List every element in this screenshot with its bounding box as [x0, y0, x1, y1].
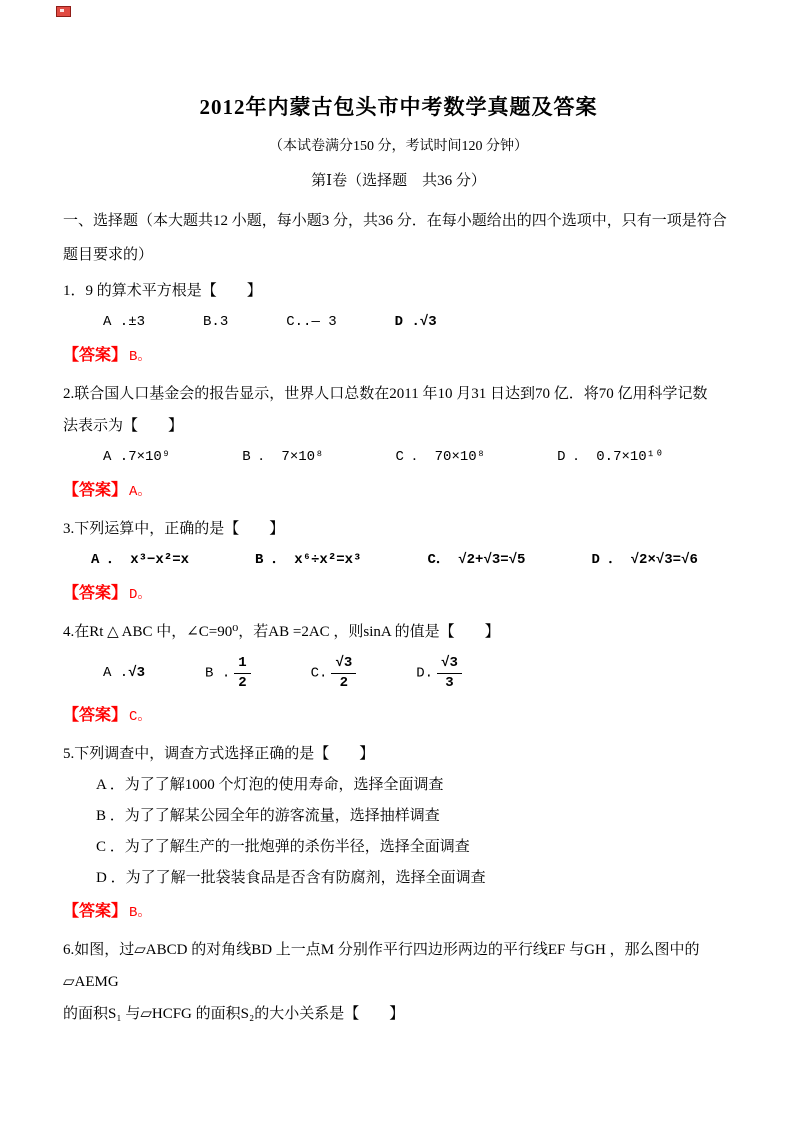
answer-label: 【答案】 — [63, 347, 127, 364]
option-b: B.3 — [203, 307, 228, 338]
page-title: 2012年内蒙古包头市中考数学真题及答案 — [63, 94, 734, 120]
question-4-stem: 4.在Rt △ ABC 中，∠C=90⁰，若AB =2AC ，则sinA 的值是… — [63, 616, 734, 648]
answer-row-3: 【答案】D。 — [63, 578, 734, 611]
option-d: D .√3 — [395, 307, 437, 338]
question-5-option-b: B ．为了了解某公园全年的游客流量，选择抽样调查 — [63, 801, 734, 832]
fraction-denominator: 2 — [331, 674, 356, 691]
question-1: 1．9 的算术平方根是【 】 A .±3 B.3 C..— 3 D .√3 【答… — [63, 275, 734, 373]
option-a: A ． x³−x²=x — [91, 545, 189, 576]
option-b: B ． x⁶÷x²=x³ — [255, 545, 361, 576]
image-placeholder-icon — [56, 6, 71, 17]
option-b-label: B . — [205, 666, 230, 682]
question-2-stem-line1: 2.联合国人口基金会的报告显示，世界人口总数在2011 年10 月31 日达到7… — [63, 378, 734, 410]
answer-value: A。 — [129, 484, 151, 500]
option-c: C.√32 — [311, 655, 357, 690]
option-b-fraction: 12 — [234, 655, 250, 690]
option-c: C． √2+√3=√5 — [427, 545, 525, 576]
answer-value: B。 — [129, 905, 151, 921]
question-4: 4.在Rt △ ABC 中，∠C=90⁰，若AB =2AC ，则sinA 的值是… — [63, 616, 734, 733]
section-intro-line1: 一、选择题（本大题共12 小题，每小题3 分，共36 分．在每小题给出的四个选项… — [63, 204, 734, 238]
option-a: A .±3 — [103, 307, 145, 338]
question-3-options: A ． x³−x²=x B ． x⁶÷x²=x³ C． √2+√3=√5 D ．… — [63, 545, 734, 576]
option-d: D ． 0.7×10¹⁰ — [557, 442, 663, 473]
question-2: 2.联合国人口基金会的报告显示，世界人口总数在2011 年10 月31 日达到7… — [63, 378, 734, 508]
option-c-label: C. — [311, 666, 328, 682]
question-5-option-c: C ．为了了解生产的一批炮弹的杀伤半径，选择全面调查 — [63, 832, 734, 863]
answer-row-1: 【答案】B。 — [63, 340, 734, 373]
option-a: A .7×10⁹ — [103, 442, 170, 473]
answer-value: C。 — [129, 709, 151, 725]
option-d-label: D. — [416, 666, 433, 682]
exam-info-subtitle: （本试卷满分150 分，考试时间120 分钟） — [63, 137, 734, 156]
option-a-label: A . — [103, 665, 128, 681]
question-3-stem: 3.下列运算中，正确的是【 】 — [63, 513, 734, 545]
question-1-options: A .±3 B.3 C..— 3 D .√3 — [63, 307, 734, 338]
question-5-option-a: A ．为了了解1000 个灯泡的使用寿命，选择全面调查 — [63, 770, 734, 801]
option-d: D.√33 — [416, 655, 462, 690]
question-3: 3.下列运算中，正确的是【 】 A ． x³−x²=x B ． x⁶÷x²=x³… — [63, 513, 734, 611]
document-content: 2012年内蒙古包头市中考数学真题及答案 （本试卷满分150 分，考试时间120… — [0, 0, 794, 1030]
option-c: C ． 70×10⁸ — [395, 442, 485, 473]
fraction-numerator: √3 — [437, 655, 462, 673]
exam-document-page: 2012年内蒙古包头市中考数学真题及答案 （本试卷满分150 分，考试时间120… — [0, 0, 794, 1123]
answer-label: 【答案】 — [63, 707, 127, 724]
option-a: A .√3 — [103, 658, 145, 689]
fraction-denominator: 3 — [437, 674, 462, 691]
question-5-option-d: D ．为了了解一批袋装食品是否含有防腐剂，选择全面调查 — [63, 863, 734, 894]
option-b: B ． 7×10⁸ — [242, 442, 323, 473]
fraction-numerator: 1 — [234, 655, 250, 673]
option-d-fraction: √33 — [437, 655, 462, 690]
option-a-value: √3 — [128, 665, 145, 681]
answer-value: D。 — [129, 587, 151, 603]
option-c: C..— 3 — [286, 307, 336, 338]
answer-row-4: 【答案】C。 — [63, 700, 734, 733]
question-4-options: A .√3 B .12 C.√32 D.√33 — [63, 648, 734, 698]
question-6-stem-line2: 的面积S₁ 与▱HCFG 的面积S₂的大小关系是【 】 — [63, 998, 734, 1030]
option-c-fraction: √32 — [331, 655, 356, 690]
answer-value: B。 — [129, 349, 151, 365]
section-intro-line2: 题目要求的） — [63, 238, 734, 272]
answer-label: 【答案】 — [63, 903, 127, 920]
answer-row-5: 【答案】B。 — [63, 896, 734, 929]
fraction-denominator: 2 — [234, 674, 250, 691]
question-6-stem-line1: 6.如图，过▱ABCD 的对角线BD 上一点M 分别作平行四边形两边的平行线EF… — [63, 934, 734, 998]
option-d: D ． √2×√3=√6 — [591, 545, 697, 576]
question-5-stem: 5.下列调查中，调查方式选择正确的是【 】 — [63, 738, 734, 770]
question-2-options: A .7×10⁹ B ． 7×10⁸ C ． 70×10⁸ D ． 0.7×10… — [63, 442, 734, 473]
question-6: 6.如图，过▱ABCD 的对角线BD 上一点M 分别作平行四边形两边的平行线EF… — [63, 934, 734, 1030]
question-2-stem-line2: 法表示为【 】 — [63, 410, 734, 442]
answer-label: 【答案】 — [63, 482, 127, 499]
answer-label: 【答案】 — [63, 585, 127, 602]
answer-row-2: 【答案】A。 — [63, 475, 734, 508]
section-heading: 第Ⅰ卷（选择题 共36 分） — [63, 171, 734, 191]
option-b: B .12 — [205, 655, 251, 690]
fraction-numerator: √3 — [331, 655, 356, 673]
question-1-stem: 1．9 的算术平方根是【 】 — [63, 275, 734, 307]
question-5: 5.下列调查中，调查方式选择正确的是【 】 A ．为了了解1000 个灯泡的使用… — [63, 738, 734, 929]
